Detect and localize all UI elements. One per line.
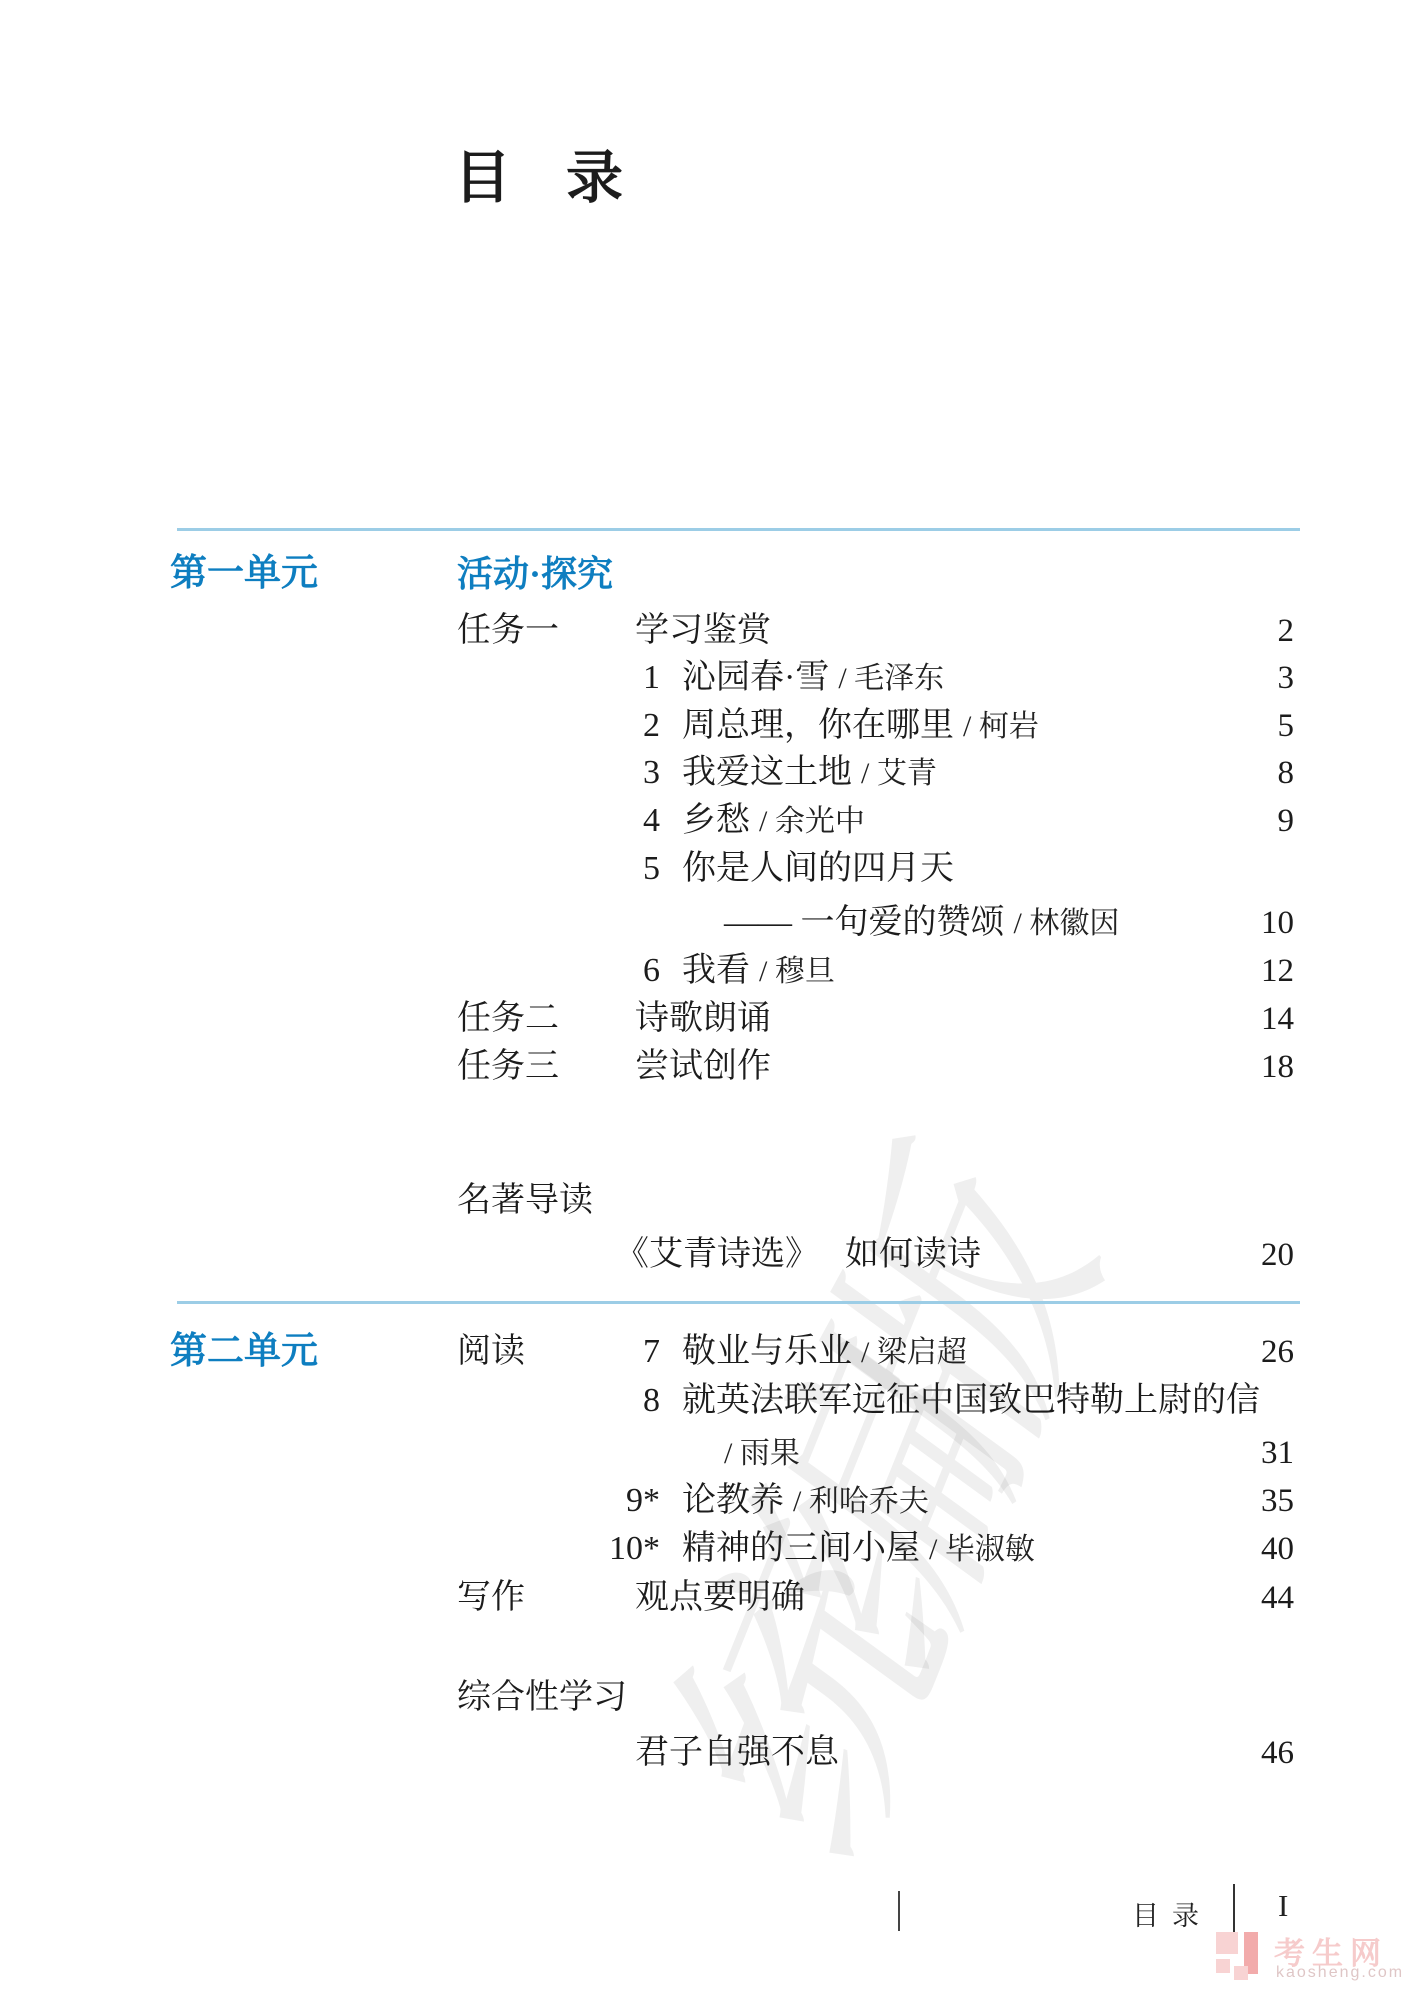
toc-row-item5-subtitle: —— 一句爱的赞颂/ 林徽因 10 xyxy=(170,900,1294,946)
item-title: 乡愁/ 余光中 xyxy=(682,798,865,845)
item-author: / 雨果 xyxy=(724,1437,800,1470)
item-number: 10* xyxy=(602,1526,660,1572)
item-title-text: 论教养 xyxy=(682,1482,784,1519)
toc-row-mingzhu-label: 名著导读 xyxy=(170,1178,1294,1224)
kaosheng-logo-mark xyxy=(1234,1966,1248,1980)
item-title-text: 周总理，你在哪里 xyxy=(682,707,954,744)
task-title: 诗歌朗诵 xyxy=(635,996,771,1042)
item-author: / 毕淑敏 xyxy=(929,1533,1035,1566)
item-author: / 艾青 xyxy=(861,757,937,790)
section-label: 名著导读 xyxy=(457,1178,593,1224)
task-label: 任务三 xyxy=(457,1044,559,1090)
toc-row-item9: 9* 论教养/ 利哈乔夫 35 xyxy=(170,1478,1294,1524)
item-author: / 毛泽东 xyxy=(838,662,944,695)
toc-row-item2: 2 周总理，你在哪里/ 柯岩 5 xyxy=(170,703,1294,749)
item-title-text: 你是人间的四月天 xyxy=(682,850,954,887)
item-title-text: 精神的三间小屋 xyxy=(682,1530,920,1567)
toc-row-item4: 4 乡愁/ 余光中 9 xyxy=(170,798,1294,844)
item-author: / 梁启超 xyxy=(861,1336,967,1369)
item-title: 敬业与乐业/ 梁启超 xyxy=(682,1329,967,1376)
page-number: 9 xyxy=(1278,798,1295,844)
item-title-text: 就英法联军远征中国致巴特勒上尉的信 xyxy=(682,1382,1260,1419)
toc-row-task3: 任务三 尝试创作 18 xyxy=(170,1044,1294,1090)
toc-row-item3: 3 我爱这土地/ 艾青 8 xyxy=(170,750,1294,796)
page-number: 20 xyxy=(1261,1232,1294,1278)
item-title: 精神的三间小屋/ 毕淑敏 xyxy=(682,1526,1035,1573)
page-number: 18 xyxy=(1261,1044,1294,1090)
item-title-text: 我爱这土地 xyxy=(682,754,852,791)
item-title: 周总理，你在哪里/ 柯岩 xyxy=(682,703,1039,750)
item-number: 3 xyxy=(602,750,660,796)
item-title-text: 乡愁 xyxy=(682,802,750,839)
toc-row-item10: 10* 精神的三间小屋/ 毕淑敏 40 xyxy=(170,1526,1294,1572)
item-title: 就英法联军远征中国致巴特勒上尉的信 xyxy=(682,1378,1260,1424)
kaosheng-domain: kaosheng.com xyxy=(1276,1964,1404,1982)
footer-divider-right xyxy=(1233,1884,1235,1936)
item-author: / 余光中 xyxy=(759,805,865,838)
item-title: 沁园春·雪/ 毛泽东 xyxy=(682,655,944,702)
item-title: 君子自强不息 xyxy=(635,1730,839,1776)
page-number: 3 xyxy=(1278,655,1295,701)
toc-row-unit2: 第二单元 阅读 7 敬业与乐业/ 梁启超 26 xyxy=(170,1329,1294,1375)
page-number: 40 xyxy=(1261,1526,1294,1572)
unit-category: 活动·探究 xyxy=(457,551,613,597)
page-number: 5 xyxy=(1278,703,1295,749)
page-number: 35 xyxy=(1261,1478,1294,1524)
kaosheng-logo: 考生网 kaosheng.com xyxy=(1216,1930,1406,1996)
toc-row-unit1: 第一单元 活动·探究 xyxy=(170,551,1294,597)
item-author: / 柯岩 xyxy=(963,710,1039,743)
toc-row-task1: 任务一 学习鉴赏 2 xyxy=(170,608,1294,654)
section-label: 综合性学习 xyxy=(457,1675,627,1721)
unit-category: 阅读 xyxy=(457,1329,525,1375)
kaosheng-logo-mark xyxy=(1216,1932,1238,1954)
item-title: 论教养/ 利哈乔夫 xyxy=(682,1478,929,1525)
page-title: 目录 xyxy=(454,132,678,214)
toc-row-zonghe-label: 综合性学习 xyxy=(170,1675,1294,1721)
page-number: 12 xyxy=(1261,948,1294,994)
task-title: 观点要明确 xyxy=(635,1575,805,1621)
toc-row-writing: 写作 观点要明确 44 xyxy=(170,1575,1294,1621)
item-title-text: 敬业与乐业 xyxy=(682,1333,852,1370)
page-number: 46 xyxy=(1261,1730,1294,1776)
task-label: 写作 xyxy=(457,1575,525,1621)
item-subtitle: / 雨果 xyxy=(724,1430,800,1477)
book-title: 《艾青诗选》 xyxy=(615,1236,819,1273)
section-divider-1 xyxy=(177,528,1300,531)
item-number: 8 xyxy=(602,1378,660,1424)
book-topic: 如何读诗 xyxy=(845,1236,981,1273)
toc-row-item5: 5 你是人间的四月天 xyxy=(170,846,1294,892)
page-number: 26 xyxy=(1261,1329,1294,1375)
page-number: 14 xyxy=(1261,996,1294,1042)
toc-row-item6: 6 我看/ 穆旦 12 xyxy=(170,948,1294,994)
item-number: 1 xyxy=(602,655,660,701)
toc-row-task2: 任务二 诗歌朗诵 14 xyxy=(170,996,1294,1042)
unit-label: 第一单元 xyxy=(170,551,318,597)
item-number: 5 xyxy=(602,846,660,892)
item-number: 7 xyxy=(602,1329,660,1375)
page-number: 2 xyxy=(1278,608,1295,654)
task-label: 任务一 xyxy=(457,608,559,654)
item-number: 6 xyxy=(602,948,660,994)
page-number: 8 xyxy=(1278,750,1295,796)
kaosheng-logo-mark xyxy=(1216,1959,1230,1973)
item-title: 我爱这土地/ 艾青 xyxy=(682,750,937,797)
item-number: 9* xyxy=(602,1478,660,1524)
item-title: 你是人间的四月天 xyxy=(682,846,954,892)
section-divider-2 xyxy=(177,1301,1300,1304)
page-number: 44 xyxy=(1261,1575,1294,1621)
item-author: / 穆旦 xyxy=(759,955,835,988)
item-title: 我看/ 穆旦 xyxy=(682,948,835,995)
task-title: 尝试创作 xyxy=(635,1044,771,1090)
unit-label: 第二单元 xyxy=(170,1329,318,1375)
toc-row-zonghe-item: 君子自强不息 46 xyxy=(170,1730,1294,1776)
item-number: 2 xyxy=(602,703,660,749)
item-title-text: 沁园春·雪 xyxy=(682,659,829,696)
toc-page: 目录 统编版 第一单元 活动·探究 任务一 学习鉴赏 2 1 沁园春·雪/ 毛泽… xyxy=(0,0,1406,1996)
footer-section-label: 目录 xyxy=(1132,1894,1212,1933)
task-title: 学习鉴赏 xyxy=(635,608,771,654)
item-subtitle-text: —— 一句爱的赞颂 xyxy=(724,904,1005,941)
item-number: 4 xyxy=(602,798,660,844)
toc-row-item1: 1 沁园春·雪/ 毛泽东 3 xyxy=(170,655,1294,701)
page-number: 10 xyxy=(1261,900,1294,946)
book-entry: 《艾青诗选》如何读诗 xyxy=(615,1232,981,1278)
footer-divider-left xyxy=(898,1891,900,1931)
task-label: 任务二 xyxy=(457,996,559,1042)
item-author: / 林徽因 xyxy=(1014,907,1120,940)
item-title-text: 我看 xyxy=(682,952,750,989)
toc-row-item8-author: / 雨果 31 xyxy=(170,1430,1294,1476)
item-author: / 利哈乔夫 xyxy=(793,1485,929,1518)
page-number: 31 xyxy=(1261,1430,1294,1476)
item-subtitle: —— 一句爱的赞颂/ 林徽因 xyxy=(724,900,1119,947)
toc-row-item8: 8 就英法联军远征中国致巴特勒上尉的信 xyxy=(170,1378,1294,1424)
footer-page-number: I xyxy=(1278,1888,1288,1924)
toc-row-mingzhu-book: 《艾青诗选》如何读诗 20 xyxy=(170,1232,1294,1278)
